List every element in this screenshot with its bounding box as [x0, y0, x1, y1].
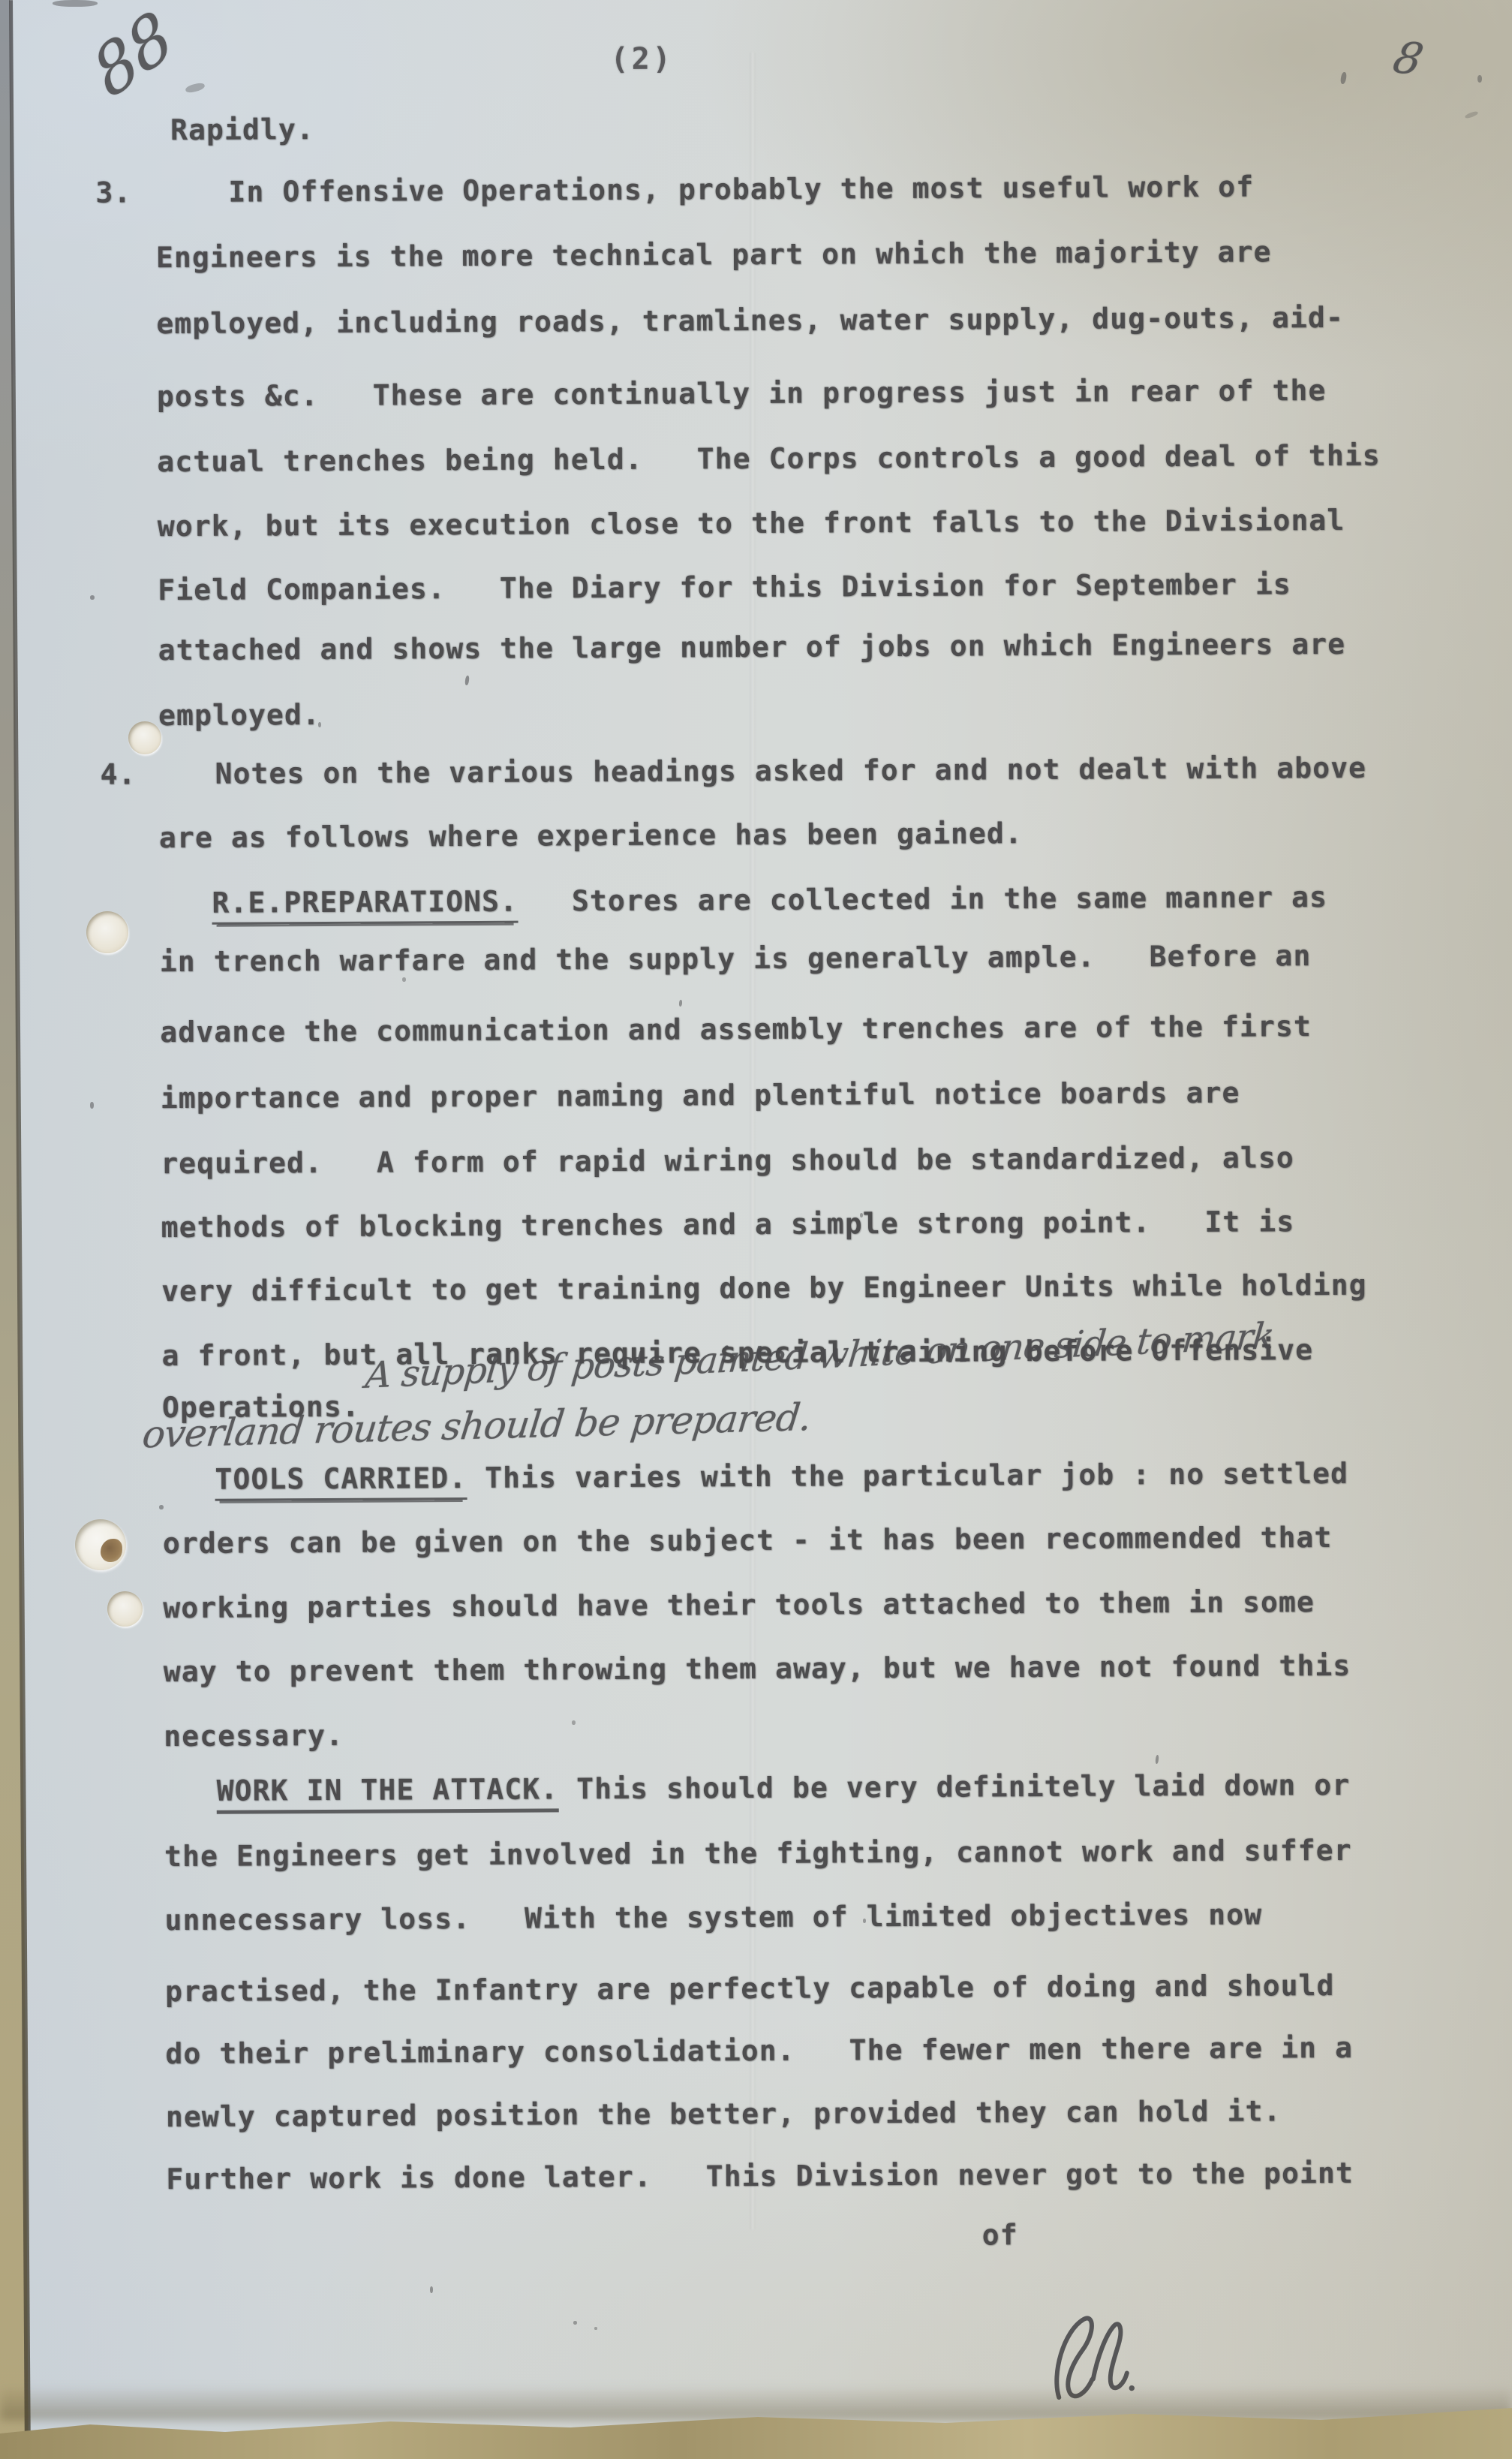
scan-marks-layer: [0, 0, 1512, 2459]
punch-hole: [86, 911, 128, 953]
ink-speck: [679, 1000, 683, 1007]
ink-speck: [1155, 1755, 1159, 1764]
ink-speck: [53, 0, 98, 7]
punch-hole: [107, 1591, 143, 1627]
ink-speck: [402, 977, 406, 982]
ink-speck: [860, 1213, 863, 1217]
ink-speck: [185, 82, 206, 94]
scanned-document-page: (2)Rapidly.3.In Offensive Operations, pr…: [0, 0, 1512, 2459]
ink-speck: [159, 1505, 164, 1509]
ink-speck: [90, 595, 95, 600]
ink-speck: [90, 1102, 94, 1109]
page-bottom-curl-shadow: [0, 2385, 1512, 2420]
ink-speck: [1340, 72, 1348, 85]
ink-speck: [1477, 75, 1482, 83]
ink-speck: [573, 2321, 577, 2325]
punch-hole: [75, 1519, 126, 1570]
ink-speck: [464, 676, 470, 686]
torn-paper-chip: [101, 1539, 122, 1562]
punch-hole: [128, 721, 161, 754]
ink-speck: [863, 1919, 866, 1923]
ink-speck: [1465, 110, 1479, 119]
ink-speck: [318, 722, 321, 727]
ink-speck: [572, 1720, 576, 1725]
ink-speck: [430, 2286, 433, 2293]
ink-speck: [594, 2327, 597, 2330]
